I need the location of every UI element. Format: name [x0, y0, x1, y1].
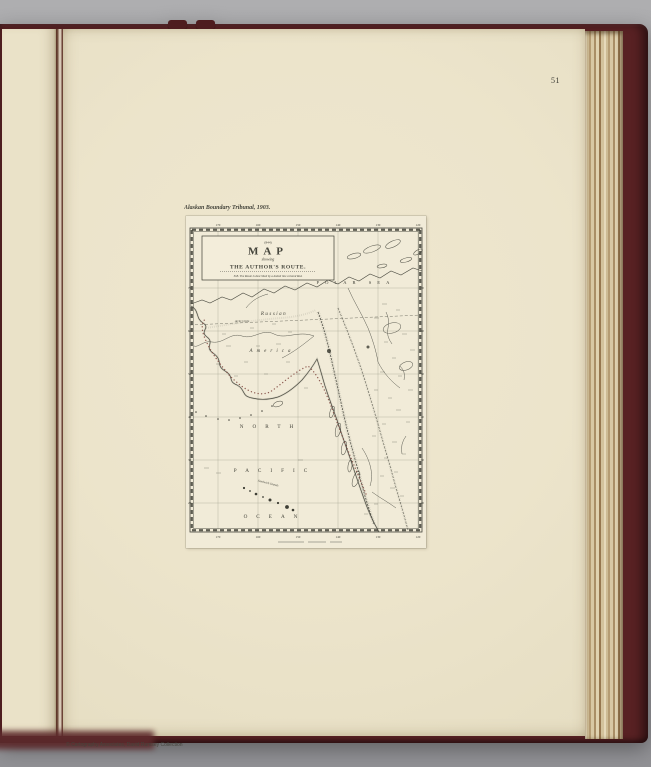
left-tick: 30: [188, 458, 192, 462]
map-title-line2: THE AUTHOR'S ROUTE.: [230, 265, 306, 271]
right-tick: 40: [421, 415, 425, 419]
bottom-tick: 150: [296, 535, 301, 539]
map-subtitle: showing: [262, 258, 275, 262]
scanned-atlas-page: 51 Alaskan Boundary Tribunal, 1903.: [0, 0, 651, 767]
label-arctic-circle: Arctic Circle: [234, 320, 250, 323]
top-tick: 170: [216, 223, 221, 227]
book: 51 Alaskan Boundary Tribunal, 1903.: [0, 24, 648, 743]
left-tick: 50: [188, 372, 192, 376]
right-tick: 50: [421, 372, 425, 376]
top-tick: 130: [376, 223, 381, 227]
page-edge-stack: [585, 31, 623, 739]
bottom-tick: 160: [256, 535, 261, 539]
top-tick: 160: [256, 223, 261, 227]
right-tick: 60: [421, 329, 425, 333]
map-note: N.B. The Route is described by a dotted …: [233, 274, 303, 278]
top-tick: 120: [416, 223, 421, 227]
right-tick: 20: [421, 501, 425, 505]
atlas-page: 51 Alaskan Boundary Tribunal, 1903.: [63, 29, 585, 736]
top-tick: 150: [296, 223, 301, 227]
left-tick: 70: [188, 286, 192, 290]
bottom-tick: 170: [216, 535, 221, 539]
left-tick: 40: [188, 415, 192, 419]
label-america: America: [249, 349, 295, 354]
plate-number: (844): [264, 241, 271, 245]
label-russian: Russian: [260, 312, 287, 317]
plate-caption-text: Alaskan Boundary Tribunal, 1903.: [184, 205, 271, 211]
title-cartouche: (844) MAP showing THE AUTHOR'S ROUTE. N.…: [202, 236, 334, 280]
map-title: MAP: [248, 246, 288, 258]
folio-number: 51: [551, 76, 560, 85]
left-tick: 60: [188, 329, 192, 333]
right-tick: 30: [421, 458, 425, 462]
watermark-text: © Cartography Associates, David Rumsey C…: [66, 741, 183, 748]
bottom-tick: 130: [376, 535, 381, 539]
plate-caption: Alaskan Boundary Tribunal, 1903.: [184, 201, 334, 213]
label-ocean: OCEAN: [244, 514, 307, 520]
right-tick: 70: [421, 286, 425, 290]
cover-hinge-band: [196, 20, 215, 29]
top-tick: 140: [336, 223, 341, 227]
label-north: NORTH: [240, 424, 303, 430]
bottom-tick: 140: [336, 535, 341, 539]
authors-route-map: POLAR SEA Russian Arctic Circle America …: [186, 216, 426, 548]
cover-hinge-band: [168, 20, 187, 29]
left-page-edge: [2, 29, 56, 736]
left-tick: 20: [188, 501, 192, 505]
label-pacific: PACIFIC: [234, 468, 316, 474]
collection-watermark: © Cartography Associates, David Rumsey C…: [66, 738, 266, 750]
label-polar-sea: POLAR SEA: [317, 280, 396, 285]
bottom-tick: 120: [416, 535, 421, 539]
